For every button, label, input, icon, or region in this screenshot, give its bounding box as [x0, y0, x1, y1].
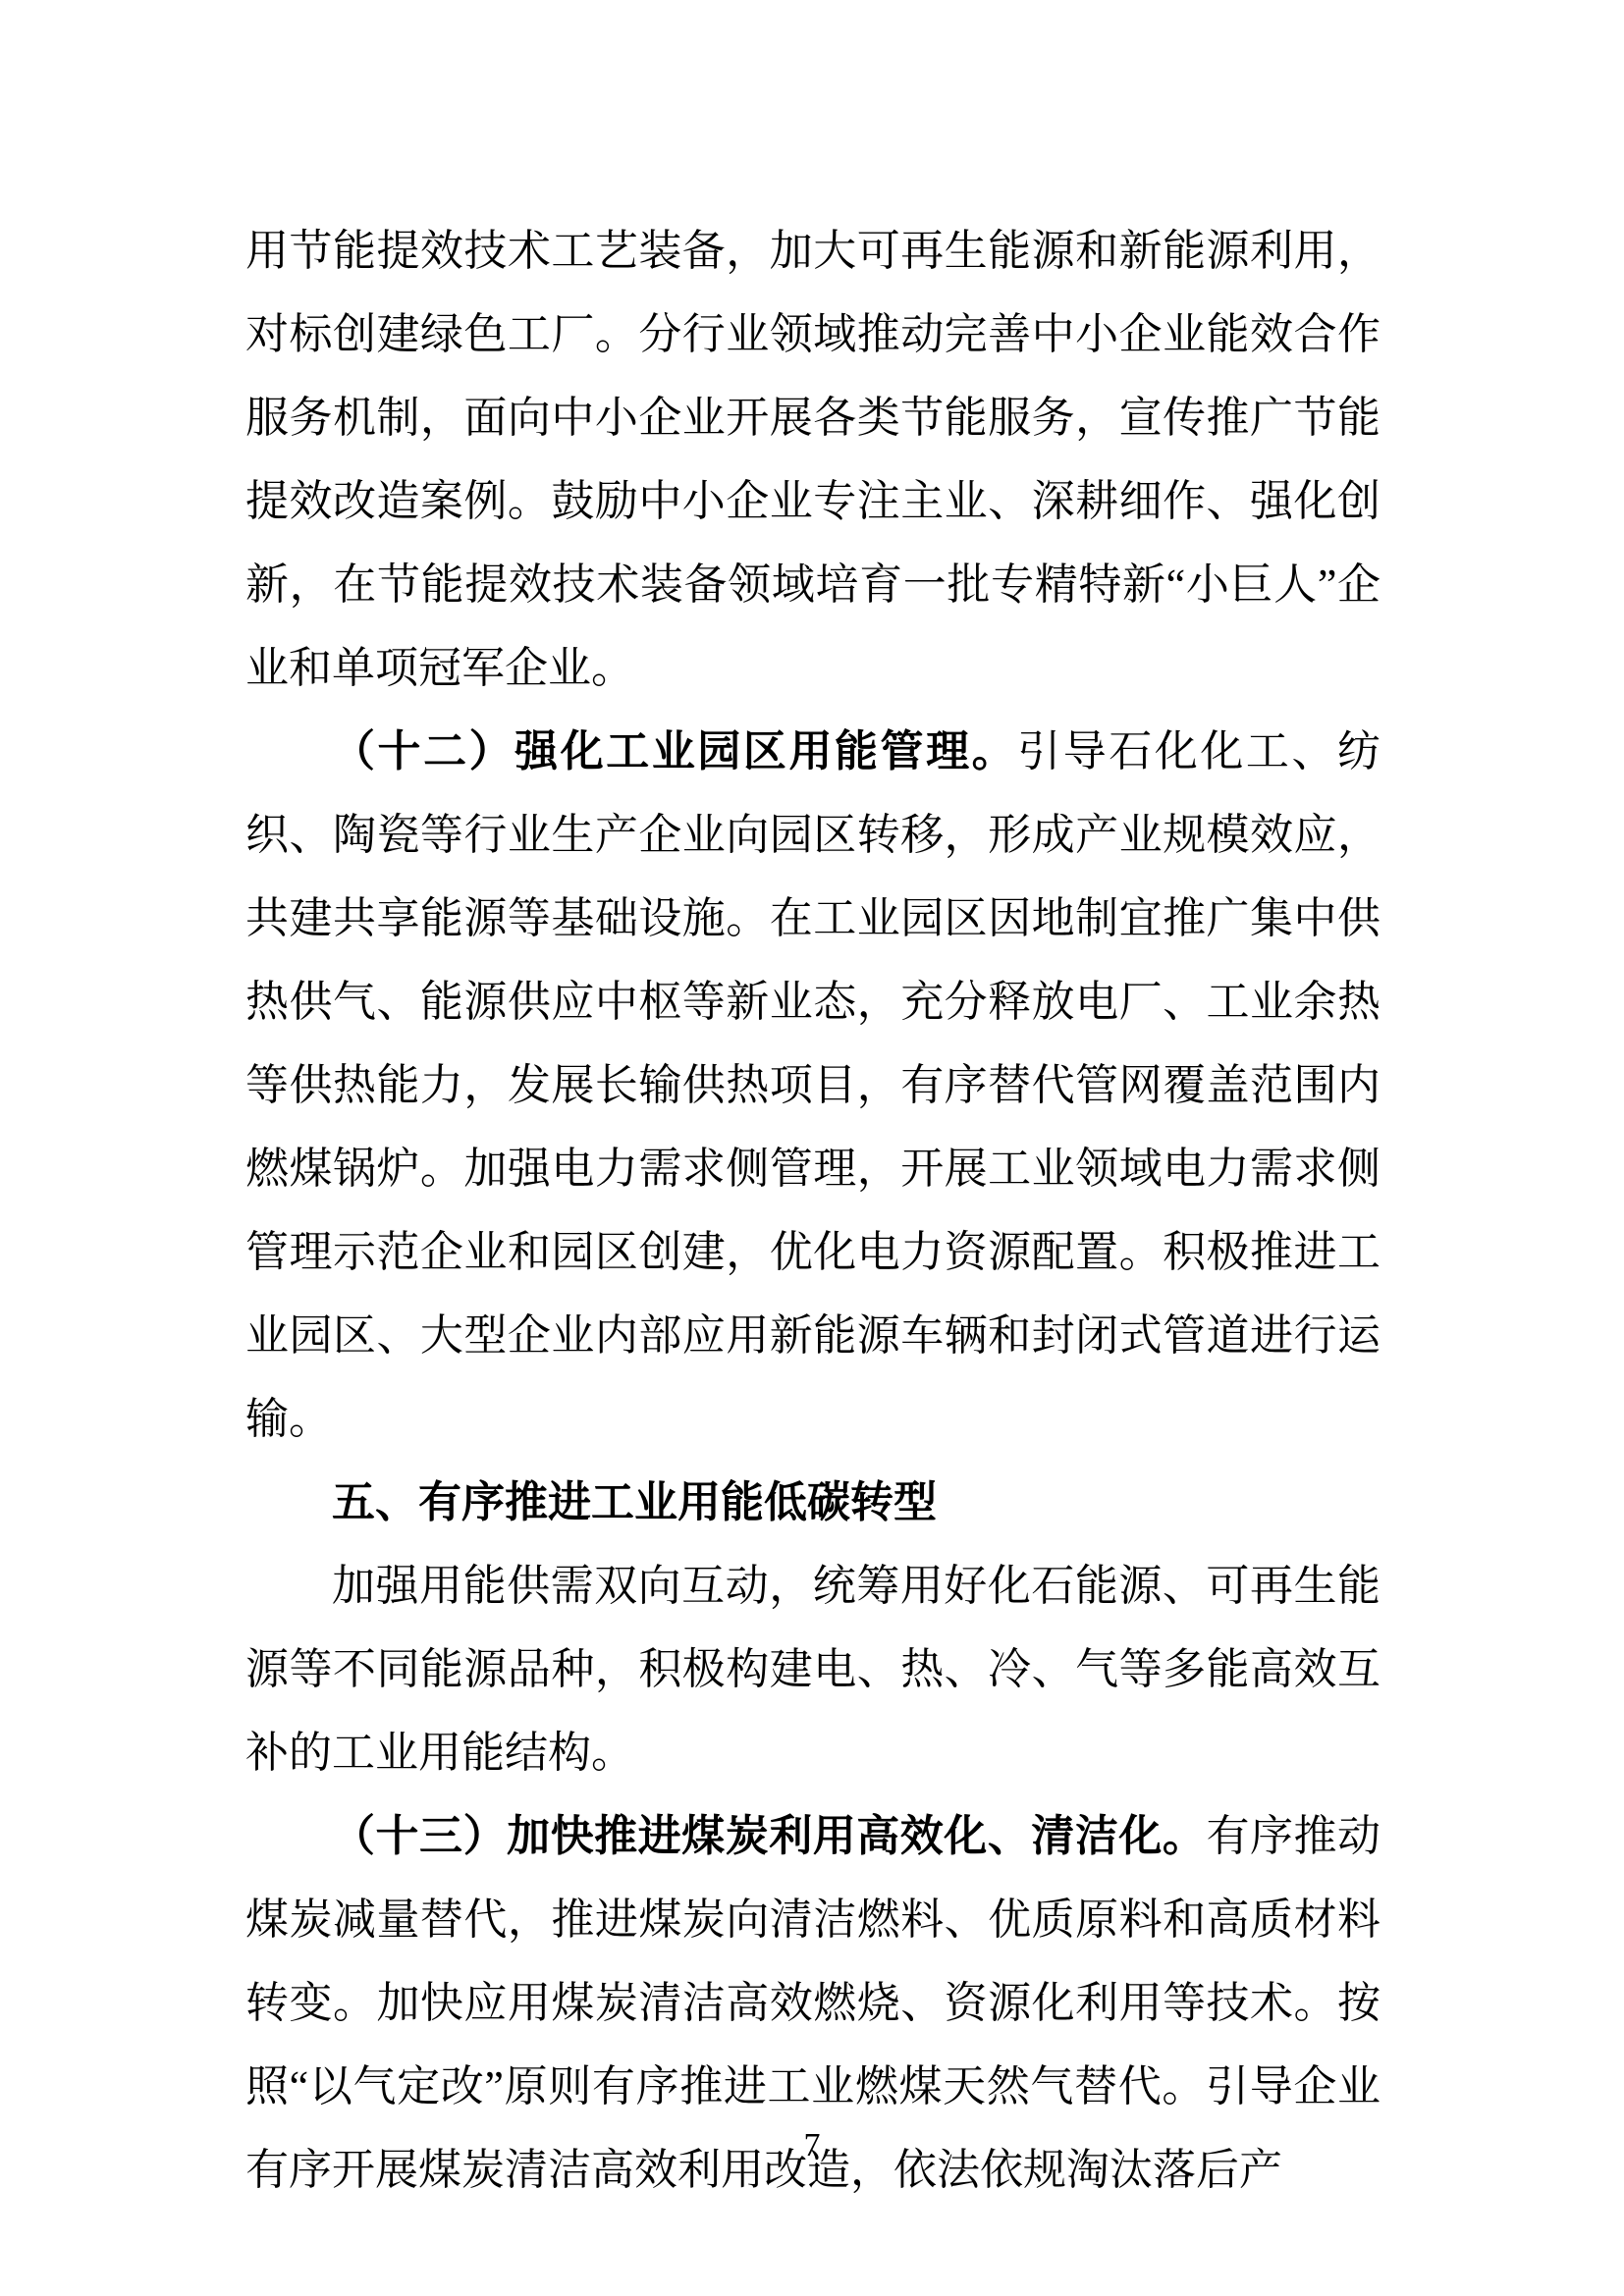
paragraph-item-12: （十二）强化工业园区用能管理。引导石化化工、纺织、陶瓷等行业生产企业向园区转移，…	[245, 710, 1380, 1461]
paragraph-section-intro: 加强用能供需双向互动，统筹用好化石能源、可再生能源等不同能源品种，积极构建电、热…	[245, 1544, 1380, 1794]
paragraph-text: 引导石化化工、纺织、陶瓷等行业生产企业向园区转移，形成产业规模效应，共建共享能源…	[245, 727, 1380, 1443]
paragraph-continuation: 用节能提效技术工艺装备，加大可再生能源和新能源利用，对标创建绿色工厂。分行业领域…	[245, 209, 1380, 710]
page-number: 7	[0, 2122, 1624, 2169]
section-heading-5: 五、有序推进工业用能低碳转型	[245, 1461, 1380, 1544]
paragraph-text: 加强用能供需双向互动，统筹用好化石能源、可再生能源等不同能源品种，积极构建电、热…	[245, 1562, 1380, 1777]
document-body: 用节能提效技术工艺装备，加大可再生能源和新能源利用，对标创建绿色工厂。分行业领域…	[245, 209, 1380, 2212]
document-page: 用节能提效技术工艺装备，加大可再生能源和新能源利用，对标创建绿色工厂。分行业领域…	[0, 0, 1624, 2296]
paragraph-lead-bold: （十二）强化工业园区用能管理。	[332, 727, 1017, 775]
section-heading-text: 五、有序推进工业用能低碳转型	[332, 1478, 937, 1526]
paragraph-text: 用节能提效技术工艺装备，加大可再生能源和新能源利用，对标创建绿色工厂。分行业领域…	[245, 227, 1380, 692]
paragraph-lead-bold: （十三）加快推进煤炭利用高效化、清洁化。	[332, 1812, 1206, 1860]
